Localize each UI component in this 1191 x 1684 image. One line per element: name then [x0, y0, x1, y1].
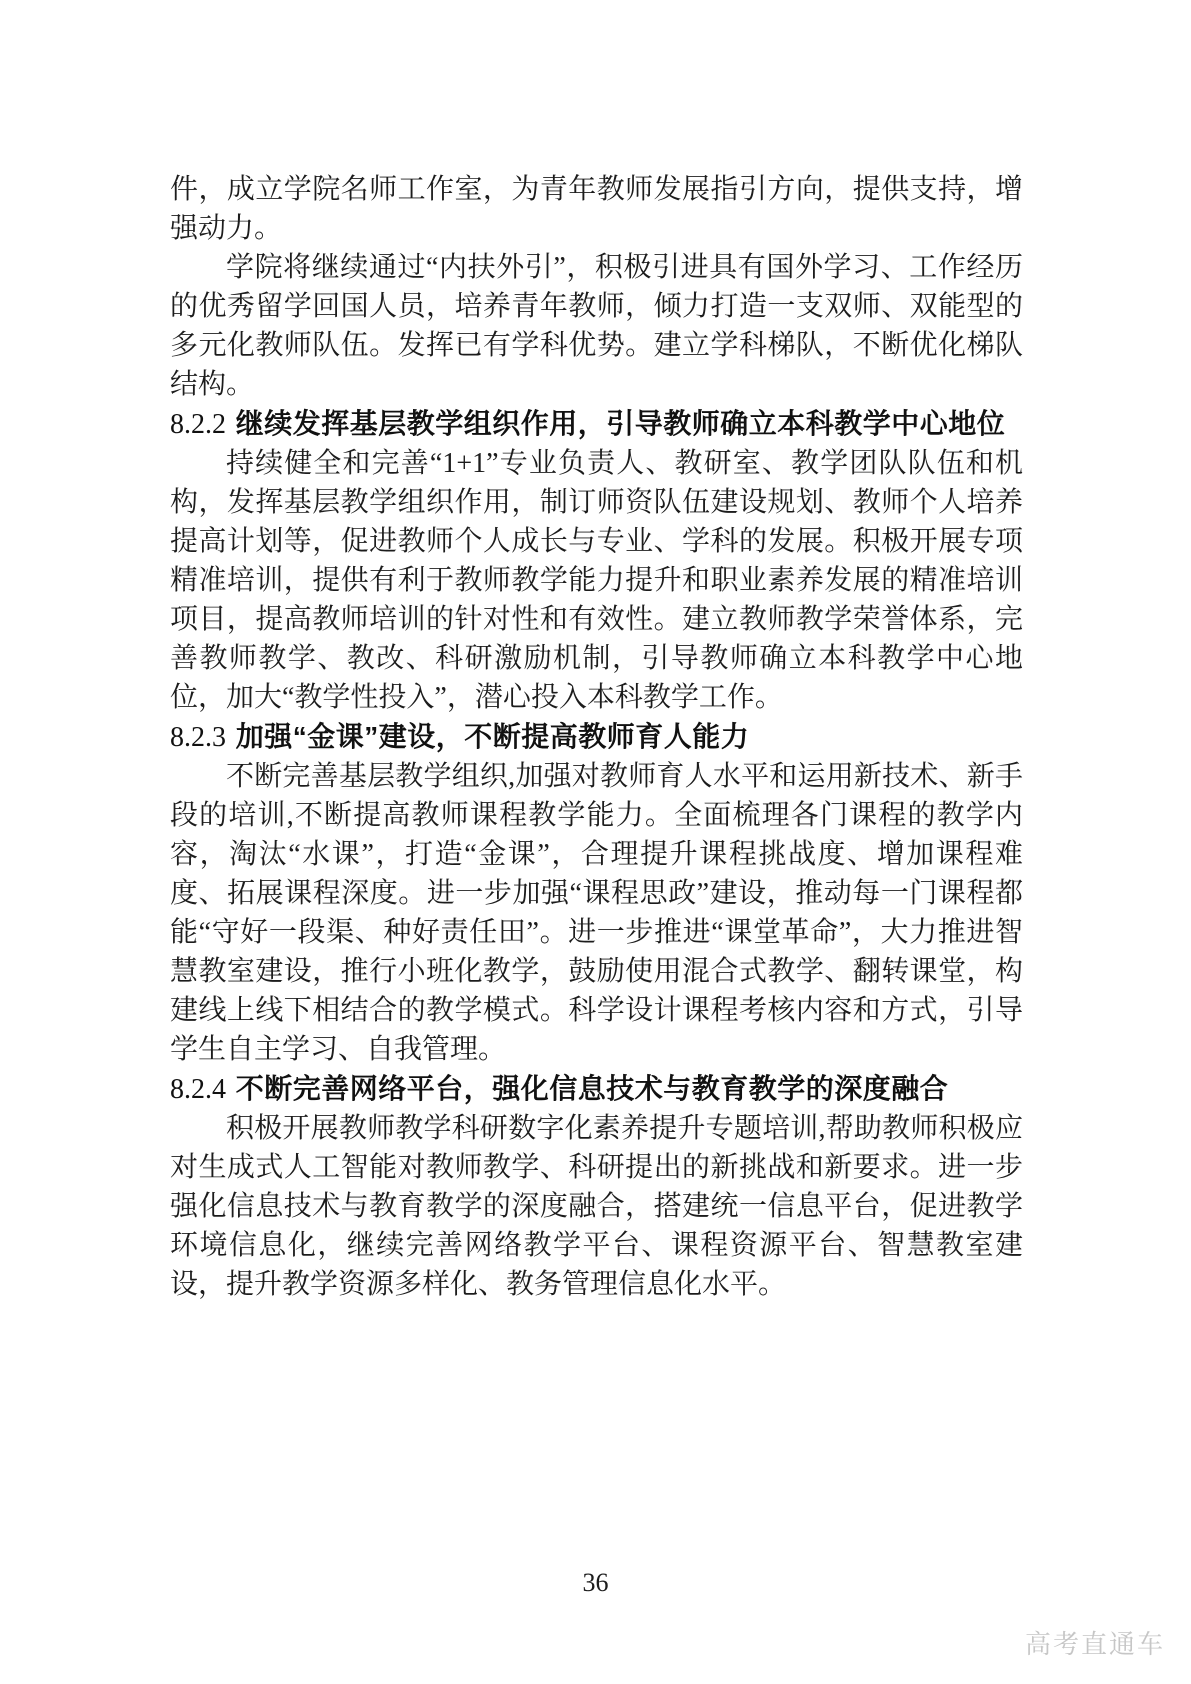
watermark: 高考直通车 [1025, 1630, 1165, 1658]
page-number: 36 [0, 1568, 1191, 1598]
section-number: 8.2.4 [170, 1074, 236, 1105]
section-title: 继续发挥基层教学组织作用，引导教师确立本科教学中心地位 [236, 408, 1006, 439]
section-heading-8-2-4: 8.2.4不断完善网络平台，强化信息技术与教育教学的深度融合 [170, 1069, 1023, 1109]
paragraph-continuation: 件，成立学院名师工作室，为青年教师发展指引方向，提供支持，增强动力。 [170, 170, 1023, 248]
section-number: 8.2.2 [170, 409, 236, 440]
section-title: 不断完善网络平台，强化信息技术与教育教学的深度融合 [236, 1073, 949, 1104]
section-heading-8-2-3: 8.2.3加强“金课”建设，不断提高教师育人能力 [170, 717, 1023, 757]
paragraph-grassroots-teaching-org: 持续健全和完善“1+1”专业负责人、教研室、教学团队队伍和机构，发挥基层教学组织… [170, 444, 1023, 717]
document-body: 件，成立学院名师工作室，为青年教师发展指引方向，提供支持，增强动力。 学院将继续… [170, 170, 1023, 1304]
paragraph-faculty-development: 学院将继续通过“内扶外引”，积极引进具有国外学习、工作经历的优秀留学回国人员，培… [170, 248, 1023, 404]
document-page: 件，成立学院名师工作室，为青年教师发展指引方向，提供支持，增强动力。 学院将继续… [0, 0, 1191, 1684]
paragraph-network-platform: 积极开展教师教学科研数字化素养提升专题培训,帮助教师积极应对生成式人工智能对教师… [170, 1109, 1023, 1304]
section-heading-8-2-2: 8.2.2继续发挥基层教学组织作用，引导教师确立本科教学中心地位 [170, 404, 1023, 444]
section-title: 加强“金课”建设，不断提高教师育人能力 [236, 721, 750, 752]
section-number: 8.2.3 [170, 722, 236, 753]
paragraph-golden-course: 不断完善基层教学组织,加强对教师育人水平和运用新技术、新手段的培训,不断提高教师… [170, 757, 1023, 1069]
